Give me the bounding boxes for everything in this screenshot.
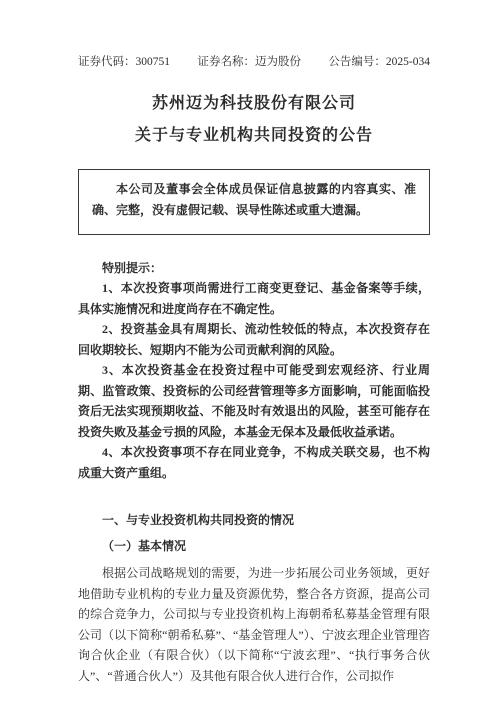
document-header: 证券代码：300751 证券名称：迈为股份 公告编号：2025-034 [78,57,430,69]
section-1-paragraph: 根据公司战略规划的需要，为进一步拓展公司业务领域，更好地借助专业机构的专业力量及… [78,563,430,686]
announcement-title: 关于与专业机构共同投资的公告 [78,128,430,144]
notice-item-2: 2、投资基金具有周期长、流动性较低的特点，本次投资存在回收期较长、短期内不能为公… [78,319,430,360]
notice-item-1: 1、本次投资事项尚需进行工商变更登记、基金备案等手续，具体实施情况和进度尚存在不… [78,278,430,319]
disclosure-statement-text: 本公司及董事会全体成员保证信息披露的内容真实、准确、完整，没有虚假记载、误导性陈… [92,179,416,221]
special-notice-heading: 特别提示： [78,258,430,279]
section-1: 一、与专业投资机构共同投资的情况 （一）基本情况 根据公司战略规划的需要，为进一… [78,510,430,686]
section-1-heading: 一、与专业投资机构共同投资的情况 [78,510,430,531]
special-notice-section: 特别提示： 1、本次投资事项尚需进行工商变更登记、基金备案等手续，具体实施情况和… [78,258,430,484]
page-content: 证券代码：300751 证券名称：迈为股份 公告编号：2025-034 苏州迈为… [0,0,500,686]
notice-number-label: 公告编号：2025-034 [328,57,430,69]
disclosure-statement-box: 本公司及董事会全体成员保证信息披露的内容真实、准确、完整，没有虚假记载、误导性陈… [78,169,430,235]
notice-item-4: 4、本次投资事项不存在同业竞争，不构成关联交易，也不构成重大资产重组。 [78,442,430,483]
company-name-title: 苏州迈为科技股份有限公司 [78,96,430,112]
notice-item-3: 3、本次投资基金在投资过程中可能受到宏观经济、行业周期、监管政策、投资标的公司经… [78,360,430,442]
section-1-subheading: （一）基本情况 [78,536,430,557]
stock-name-label: 证券名称：迈为股份 [197,57,301,69]
stock-code-label: 证券代码：300751 [78,57,170,69]
announcement-page: 证券代码：300751 证券名称：迈为股份 公告编号：2025-034 苏州迈为… [0,0,500,707]
